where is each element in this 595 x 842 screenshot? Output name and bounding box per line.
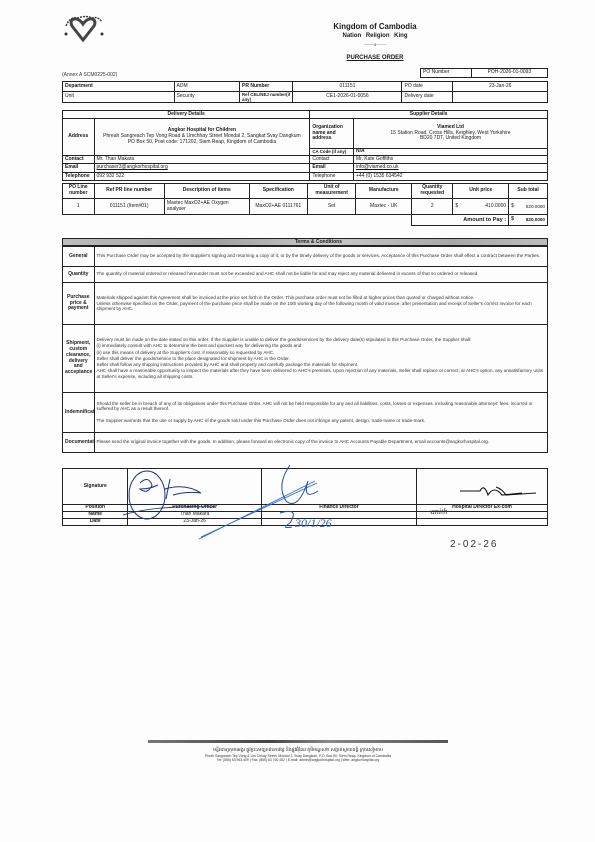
delivery-telephone-value: 092 932 522	[94, 173, 310, 181]
terms-text: AHC shall have a reasonable opportunity …	[97, 368, 545, 379]
terms-text: Please send the original invoice togethe…	[97, 439, 545, 444]
national-motto: Nation Religion King	[300, 33, 450, 39]
col-header-unit-price: Unit price	[453, 184, 509, 199]
unit-label: Unit	[63, 92, 175, 103]
terms-text: Materials shipped against this Agreement…	[97, 295, 545, 300]
director-signature	[417, 469, 548, 505]
amount-to-pay-value: 820.0000	[523, 215, 547, 226]
director-date	[417, 519, 548, 526]
request-info-table: Department ADM PR Number 011151 PO date …	[62, 81, 548, 103]
col-header-ref-pr: Ref PR line number	[94, 184, 164, 199]
col-header-specification: Specification	[249, 184, 307, 199]
page-footer: មន្ទីរពេទ្យកុមារអង្គរ ផ្លូវព្រះសង្ឃរាជទេ…	[148, 740, 448, 762]
terms-table: General This Purchase Order may be accep…	[62, 246, 548, 453]
name-label: Name	[63, 512, 128, 519]
terms-text: The Supplier warrants that the use or su…	[97, 418, 545, 423]
col-header-quantity: Quantity requested	[412, 184, 453, 199]
terms-row-indemnification: Indemnification Should the seller be in …	[63, 393, 548, 433]
po-number-label: PO Number	[421, 69, 472, 78]
delivery-email-link[interactable]: purchaser3@angkorhospital.org	[94, 164, 310, 173]
item-ref: 011151 (Item#01)	[94, 199, 164, 215]
amount-to-pay-label: Amount to Pay :	[412, 215, 509, 226]
terms-label-shipment: Shipment, custom clearance, delivery and…	[63, 325, 95, 393]
signature-table: Signature Position Purchasing Officer Fi…	[62, 468, 548, 526]
terms-text: Delivery must be made on the date stated…	[97, 337, 545, 342]
supplier-org-label: Organization name and address	[310, 119, 354, 149]
po-number-value: POH-2026-01-0093	[471, 69, 547, 78]
supplier-telephone-value: +44 (0) 1535 634542	[353, 173, 547, 181]
item-quantity: 2	[412, 199, 453, 215]
col-header-manufacture: Manufacture	[356, 184, 412, 199]
delivery-email-label: Email	[63, 164, 95, 173]
terms-label-payment: Purchase price & payment	[63, 283, 95, 325]
item-unit: Set	[307, 199, 356, 215]
ref-label: Ref CEL/NEJ number(if any)	[240, 92, 293, 103]
item-specification: MaxO2+AE 0111761	[249, 199, 307, 215]
item-subtotal: 820.0000	[523, 199, 547, 215]
director-position: Hospital Director Ex-com	[417, 505, 548, 512]
purchasing-name: Than Makara	[128, 512, 261, 519]
supplier-details-heading: Supplier Details	[310, 111, 548, 119]
director-name	[417, 512, 548, 519]
po-number-box: PO Number POH-2026-01-0093	[420, 68, 548, 78]
supplier-contact-value: Mr. Kate Griffiths	[353, 156, 547, 164]
col-header-subtotal: Sub total	[509, 184, 548, 199]
delivery-address-line2: PO Box 50, Post code: 171202, Siem Reap,…	[97, 140, 308, 146]
po-date-value: 23-Jan-26	[453, 82, 548, 92]
footer-contact: Tel: (855) 63 963 409 | Fax: (855) 63 76…	[148, 758, 448, 762]
hospital-logo	[58, 14, 128, 44]
delivery-contact-value: Mr. Than Makara	[94, 156, 310, 164]
delivery-supplier-table: Delivery Details Supplier Details Addres…	[62, 110, 548, 181]
amount-currency: $	[509, 215, 524, 226]
position-label: Position	[63, 505, 128, 512]
supplier-address-line2: BD20 7DT, United Kingdom	[356, 136, 545, 142]
delivery-details-heading: Delivery Details	[63, 111, 310, 119]
finance-name	[261, 512, 416, 519]
terms-text: Seller shall deliver the goods/service t…	[97, 356, 545, 361]
terms-label-documentation: Documentation	[63, 433, 95, 453]
department-value: ADM	[174, 82, 239, 92]
footer-divider	[148, 740, 448, 743]
terms-label-quantity: Quantity	[63, 267, 95, 283]
items-header-row: PO Line number Ref PR line number Descri…	[63, 184, 548, 199]
annex-reference: (Annex A SCM0225-002)	[62, 72, 117, 78]
item-description: Maxtec MaxO2+AE Oxygen analyser	[164, 199, 249, 215]
col-header-po-line: PO Line number	[63, 184, 95, 199]
item-manufacture: Maxtec - UK	[356, 199, 412, 215]
pr-number-value: 011151	[293, 82, 402, 92]
finance-date	[261, 519, 416, 526]
supplier-contact-label: Contact	[310, 156, 354, 164]
terms-text: Unless otherwise specified on the Order,…	[97, 301, 545, 312]
terms-label-indemnification: Indemnification	[63, 393, 95, 433]
supplier-telephone-label: Telephone	[310, 173, 354, 181]
col-header-unit: Unit of measurement	[307, 184, 356, 199]
ca-code-label: CA Code (if any)	[310, 149, 354, 156]
table-row: 1 011151 (Item#01) Maxtec MaxO2+AE Oxyge…	[63, 199, 548, 215]
purchasing-position: Purchasing Officer	[128, 505, 261, 512]
terms-text: The quantity of material ordered or rele…	[97, 271, 545, 276]
delivery-telephone-label: Telephone	[63, 173, 95, 181]
date-label: Date	[63, 519, 128, 526]
terms-heading: Terms & Conditions	[62, 238, 548, 246]
director-handwritten-date: 2-02-26	[450, 539, 498, 550]
ca-code-value: N/A	[353, 149, 547, 156]
finance-position: Finance Director	[261, 505, 416, 512]
terms-row-documentation: Documentation Please send the original i…	[63, 433, 548, 453]
delivery-date-label: Delivery date	[402, 92, 453, 103]
department-label: Department	[63, 82, 175, 92]
terms-row-shipment: Shipment, custom clearance, delivery and…	[63, 325, 548, 393]
signature-label: Signature	[63, 469, 128, 505]
terms-text: Should the seller be in breach of any of…	[97, 401, 545, 412]
purchasing-date: 23-Jan-26	[128, 519, 261, 526]
pr-number-label: PR Number	[240, 82, 293, 92]
item-unit-price-currency: $	[453, 199, 468, 215]
ornament-divider: ~~~~~3~~~~~	[345, 42, 405, 47]
supplier-email-label: Email	[310, 164, 354, 173]
col-header-description: Description of items	[164, 184, 249, 199]
delivery-date-value	[453, 92, 548, 103]
item-subtotal-currency: $	[509, 199, 524, 215]
terms-text: Seller shall follow any shipping instruc…	[97, 362, 545, 367]
kingdom-heading: Kingdom of Cambodia	[300, 22, 450, 31]
unit-value: Security	[174, 92, 239, 103]
purchasing-signature	[128, 469, 261, 505]
ref-value: CE1-2026-01-0056	[293, 92, 402, 103]
delivery-address: Angkor Hospital for Children Phreah Sang…	[94, 119, 310, 156]
terms-row-payment: Purchase price & payment Materials shipp…	[63, 283, 548, 325]
po-date-label: PO date	[402, 82, 453, 92]
terms-label-general: General	[63, 247, 95, 267]
terms-text: (i) immediately consult with AHC to dete…	[97, 343, 545, 348]
terms-text: (ii) use this means of delivery at the S…	[97, 350, 545, 355]
item-unit-price: 410.0000	[467, 199, 508, 215]
footer-khmer-address: មន្ទីរពេទ្យកុមារអង្គរ ផ្លូវព្រះសង្ឃរាជទេ…	[148, 747, 448, 754]
document-title: PURCHASE ORDER	[320, 55, 430, 61]
finance-signature	[261, 469, 416, 505]
supplier-address: Viamed Ltd 15 Station Road, Cross Hills,…	[353, 119, 547, 149]
delivery-contact-label: Contact	[63, 156, 95, 164]
terms-row-quantity: Quantity The quantity of material ordere…	[63, 267, 548, 283]
item-line: 1	[63, 199, 95, 215]
supplier-email-link[interactable]: info@viamed.co.uk	[353, 164, 547, 173]
line-items-table: PO Line number Ref PR line number Descri…	[62, 183, 548, 226]
terms-row-general: General This Purchase Order may be accep…	[63, 247, 548, 267]
terms-text: This Purchase Order may be accepted by t…	[97, 253, 545, 258]
delivery-address-label: Address	[63, 119, 95, 156]
